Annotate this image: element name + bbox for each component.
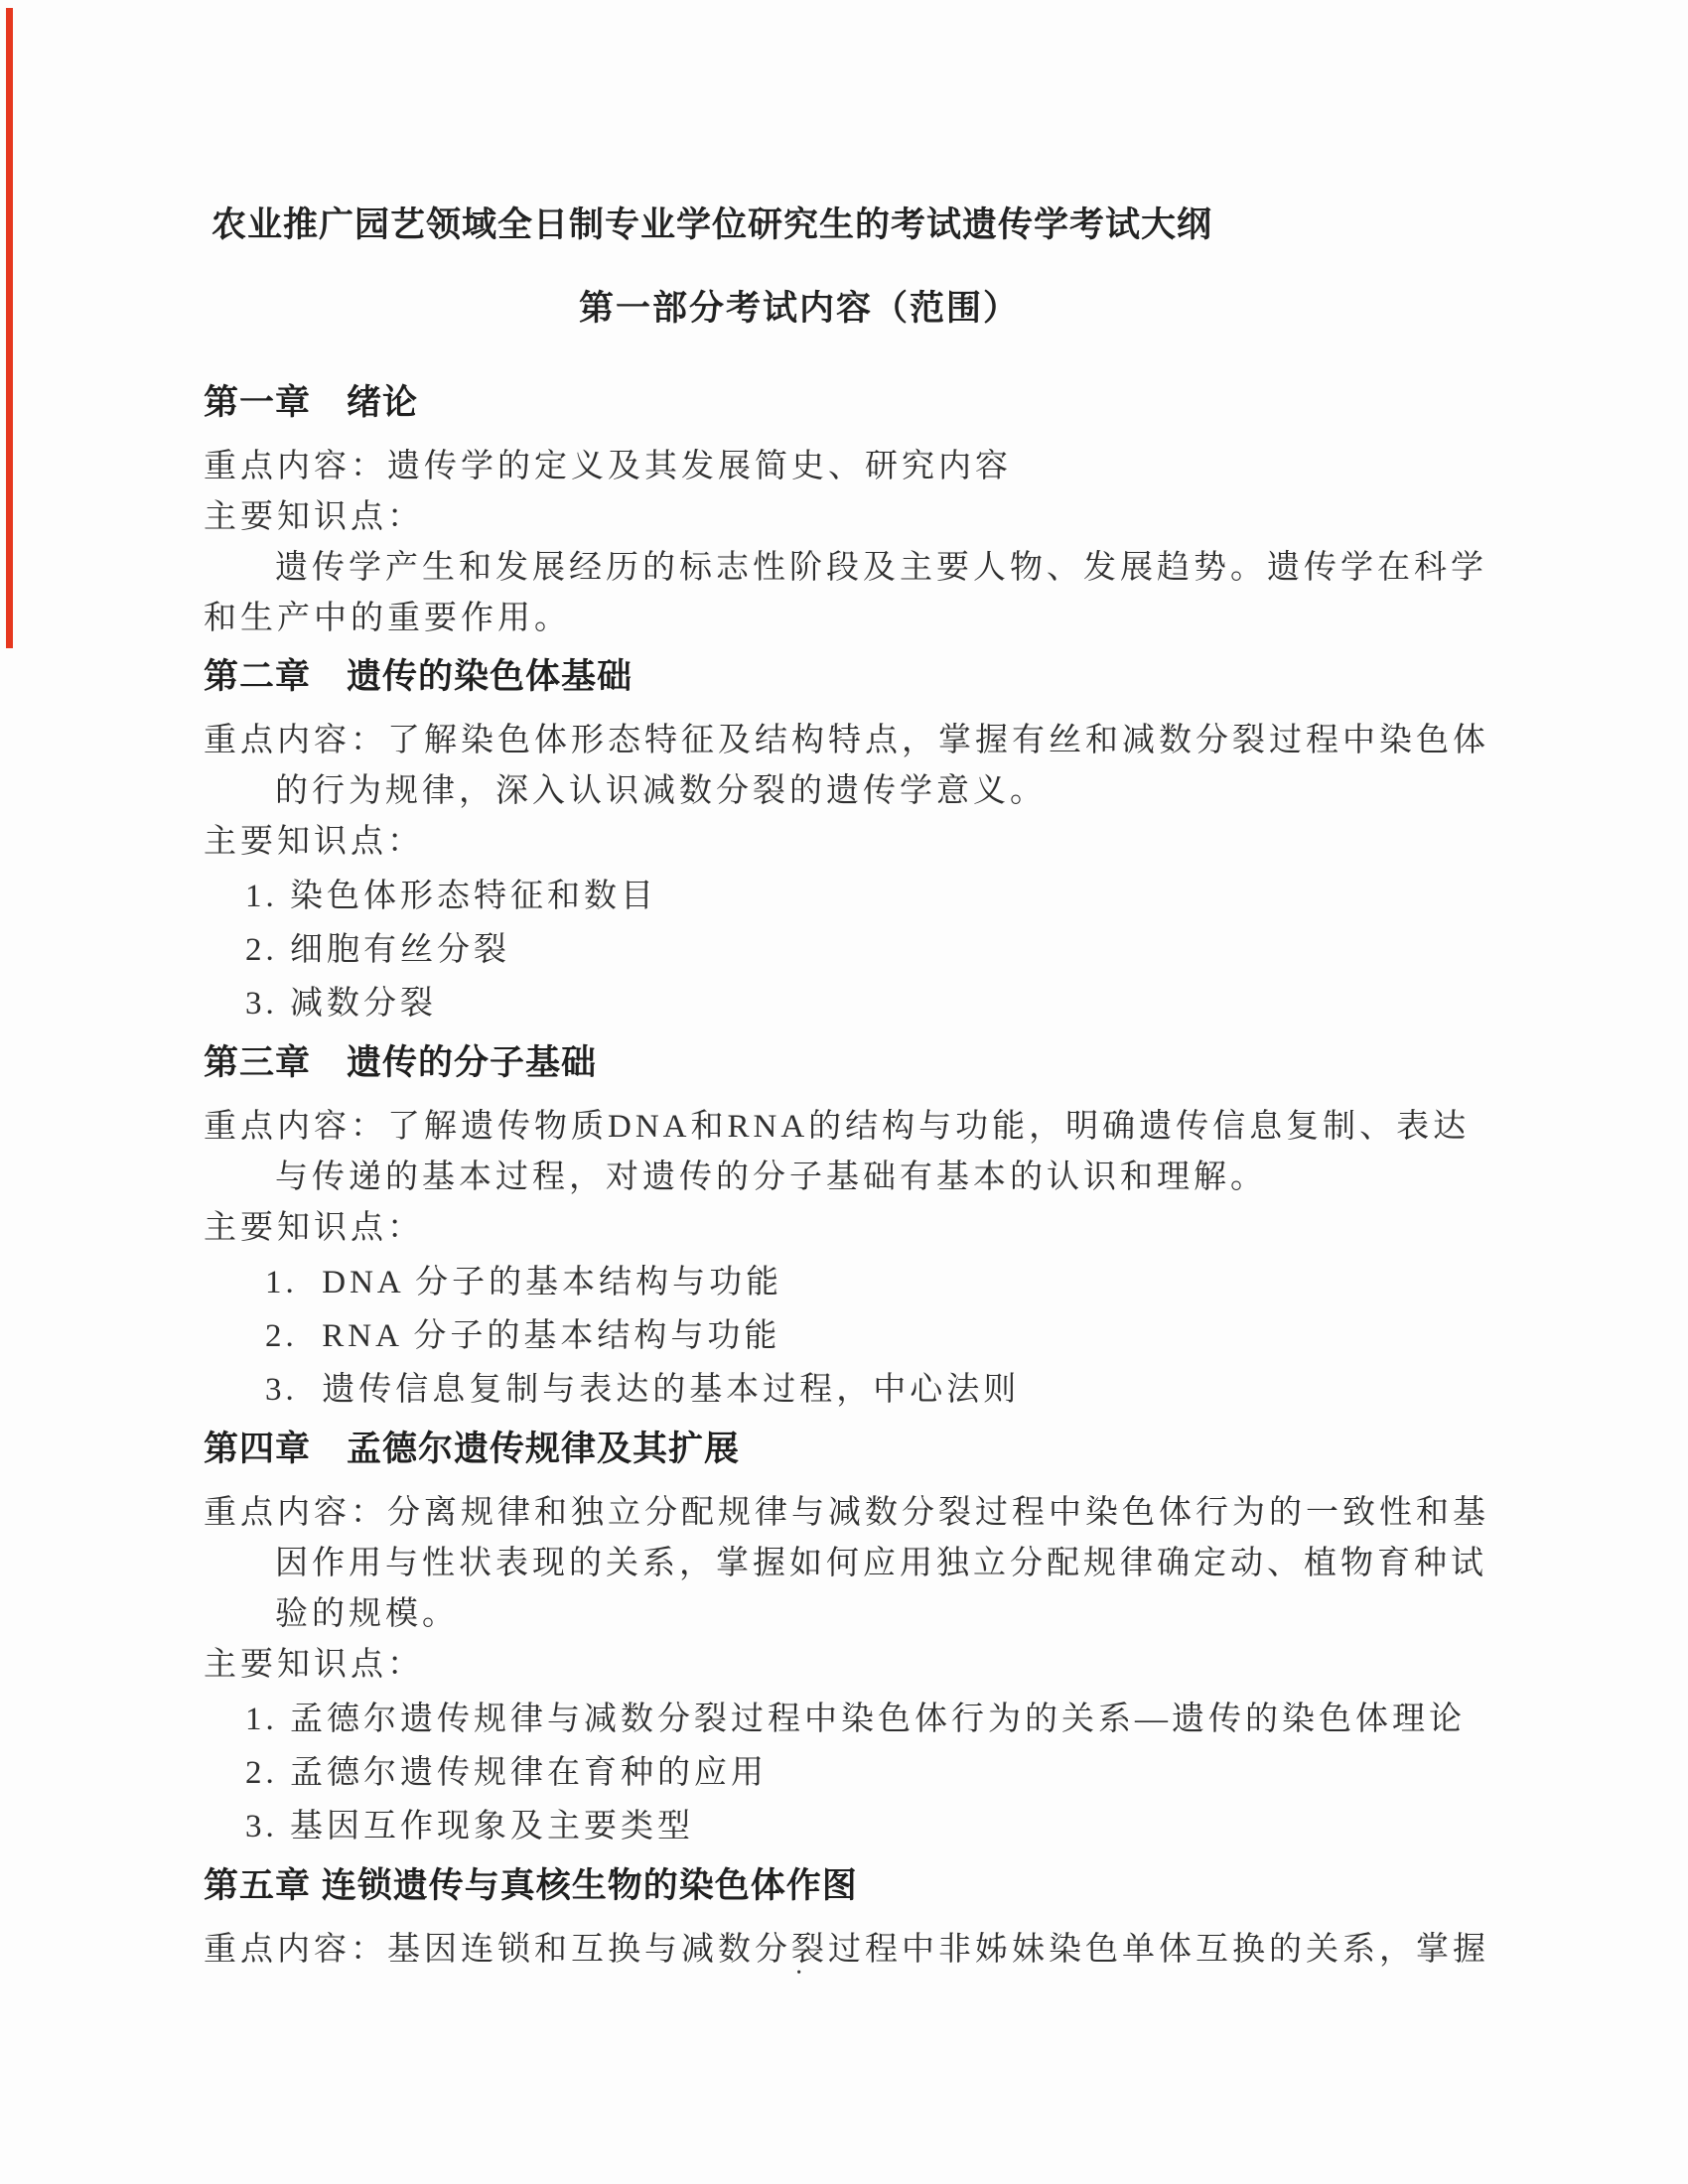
list-item: 2. RNA 分子的基本结构与功能 — [204, 1309, 1514, 1363]
chapter-2-points-label: 主要知识点： — [204, 817, 1514, 868]
chapter-2-focus-line-2: 的行为规律，深入认识减数分裂的遗传学意义。 — [204, 766, 1514, 817]
chapter-4-focus-line-1: 重点内容：分离规律和独立分配规律与减数分裂过程中染色体行为的一致性和基 — [204, 1488, 1514, 1539]
list-item: 3. 遗传信息复制与表达的基本过程，中心法则 — [204, 1363, 1514, 1417]
chapter-1: 第一章 绪论 重点内容：遗传学的定义及其发展简史、研究内容 主要知识点： 遗传学… — [204, 380, 1514, 644]
list-item: 2. 细胞有丝分裂 — [204, 923, 1514, 977]
chapter-3-heading: 第三章 遗传的分子基础 — [204, 1040, 1514, 1086]
list-item: 2. 孟德尔遗传规律在育种的应用 — [204, 1746, 1514, 1800]
document-title: 农业推广园艺领域全日制专业学位研究生的考试遗传学考试大纲 — [211, 204, 1514, 247]
document-content: 农业推广园艺领域全日制专业学位研究生的考试遗传学考试大纲 第一部分考试内容（范围… — [204, 204, 1514, 1985]
chapter-3-focus-line-1: 重点内容：了解遗传物质DNA和RNA的结构与功能，明确遗传信息复制、表达 — [204, 1102, 1514, 1153]
chapter-4-knowledge-list: 1. 孟德尔遗传规律与减数分裂过程中染色体行为的关系—遗传的染色体理论 2. 孟… — [204, 1693, 1514, 1853]
chapter-4: 第四章 孟德尔遗传规律及其扩展 重点内容：分离规律和独立分配规律与减数分裂过程中… — [204, 1427, 1514, 1853]
chapter-2-knowledge-list: 1. 染色体形态特征和数目 2. 细胞有丝分裂 3. 减数分裂 — [204, 870, 1514, 1030]
chapter-2-focus-line-1: 重点内容：了解染色体形态特征及结构特点，掌握有丝和减数分裂过程中染色体 — [204, 716, 1514, 766]
list-item: 3. 基因互作现象及主要类型 — [204, 1800, 1514, 1853]
scanned-document-page: 农业推广园艺领域全日制专业学位研究生的考试遗传学考试大纲 第一部分考试内容（范围… — [0, 0, 1688, 2184]
page-number-mark: · — [794, 1958, 803, 1989]
scan-edge-red-mark — [6, 8, 13, 648]
chapter-2: 第二章 遗传的染色体基础 重点内容：了解染色体形态特征及结构特点，掌握有丝和减数… — [204, 654, 1514, 1030]
chapter-1-heading: 第一章 绪论 — [204, 380, 1514, 426]
chapter-5: 第五章 连锁遗传与真核生物的染色体作图 重点内容：基因连锁和互换与减数分裂过程中… — [204, 1863, 1514, 1976]
chapter-4-heading: 第四章 孟德尔遗传规律及其扩展 — [204, 1427, 1514, 1472]
chapter-1-body-line-1: 遗传学产生和发展经历的标志性阶段及主要人物、发展趋势。遗传学在科学 — [204, 543, 1514, 594]
document-subtitle: 第一部分考试内容（范围） — [144, 287, 1455, 331]
chapter-4-focus-line-2: 因作用与性状表现的关系，掌握如何应用独立分配规律确定动、植物育种试 — [204, 1539, 1514, 1589]
list-item: 1. DNA 分子的基本结构与功能 — [204, 1256, 1514, 1309]
chapter-5-focus-line: 重点内容：基因连锁和互换与减数分裂过程中非姊妹染色单体互换的关系，掌握 — [204, 1925, 1514, 1976]
chapter-5-heading: 第五章 连锁遗传与真核生物的染色体作图 — [204, 1863, 1514, 1909]
chapter-4-points-label: 主要知识点： — [204, 1640, 1514, 1691]
chapter-3: 第三章 遗传的分子基础 重点内容：了解遗传物质DNA和RNA的结构与功能，明确遗… — [204, 1040, 1514, 1417]
chapter-1-points-label: 主要知识点： — [204, 492, 1514, 543]
list-item: 1. 孟德尔遗传规律与减数分裂过程中染色体行为的关系—遗传的染色体理论 — [204, 1693, 1514, 1746]
chapter-4-focus-line-3: 验的规模。 — [204, 1589, 1514, 1640]
chapter-3-knowledge-list: 1. DNA 分子的基本结构与功能 2. RNA 分子的基本结构与功能 3. 遗… — [204, 1256, 1514, 1417]
chapter-3-points-label: 主要知识点： — [204, 1203, 1514, 1254]
chapter-1-focus-line: 重点内容：遗传学的定义及其发展简史、研究内容 — [204, 442, 1514, 492]
chapter-1-body-line-2: 和生产中的重要作用。 — [204, 594, 1514, 644]
list-item: 1. 染色体形态特征和数目 — [204, 870, 1514, 923]
list-item: 3. 减数分裂 — [204, 977, 1514, 1030]
chapter-3-focus-line-2: 与传递的基本过程，对遗传的分子基础有基本的认识和理解。 — [204, 1153, 1514, 1203]
chapter-2-heading: 第二章 遗传的染色体基础 — [204, 654, 1514, 700]
